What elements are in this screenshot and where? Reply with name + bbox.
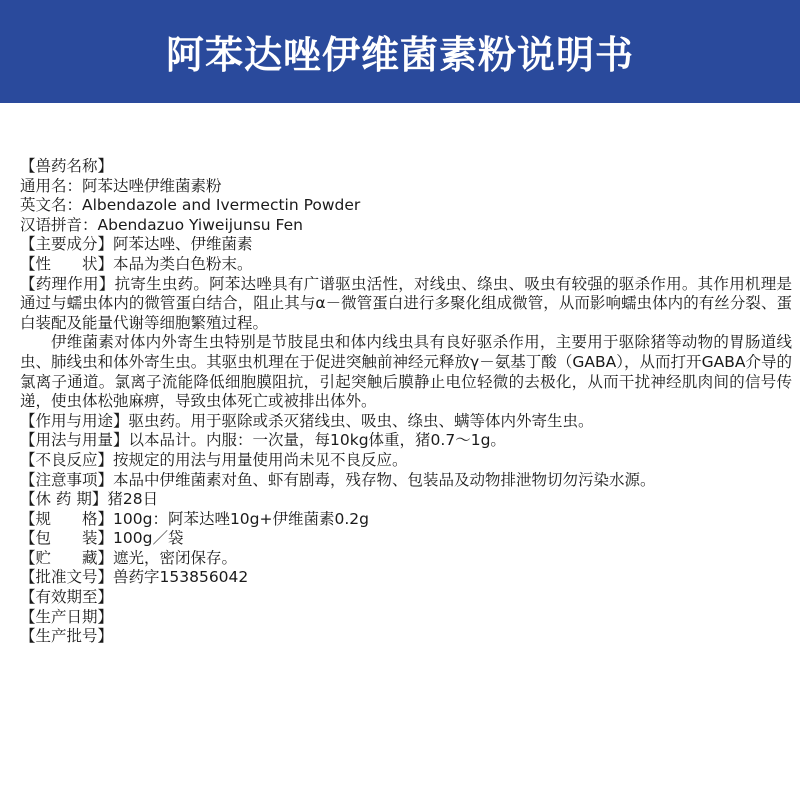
expiry-label: 【有效期至】 (20, 588, 792, 608)
precautions-label: 【注意事项】 (20, 471, 113, 491)
pharmacology-text-2: 伊维菌素对体内外寄生虫特别是节肢昆虫和体内线虫具有良好驱杀作用，主要用于驱除猪等… (20, 333, 792, 411)
withdrawal-value: 猪28日 (107, 490, 158, 508)
indications-row: 【作用与用途】驱虫药。用于驱除或杀灭猪线虫、吸虫、绦虫、螨等体内外寄生虫。 (20, 412, 792, 432)
precautions-value: 本品中伊维菌素对鱼、虾有剧毒，残存物、包装品及动物排泄物切勿污染水源。 (113, 471, 656, 489)
spec-value: 100g：阿苯达唑10g+伊维菌素0.2g (113, 510, 369, 528)
withdrawal-label: 【休 药 期】 (20, 490, 107, 510)
storage-row: 【贮 藏】遮光，密闭保存。 (20, 549, 792, 569)
approval-label: 【批准文号】 (20, 568, 113, 588)
spec-row: 【规 格】100g：阿苯达唑10g+伊维菌素0.2g (20, 510, 792, 530)
pharmacology-label: 【药理作用】 (20, 275, 115, 293)
pinyin-name: 汉语拼音：Abendazuo Yiweijunsu Fen (20, 216, 792, 236)
dosage-row: 【用法与用量】以本品计。内服：一次量，每10kg体重，猪0.7～1g。 (20, 431, 792, 451)
title-banner: 阿苯达唑伊维菌素粉说明书 (0, 0, 800, 103)
instructions-body: 【兽药名称】 通用名：阿苯达唑伊维菌素粉 英文名：Albendazole and… (20, 157, 792, 647)
storage-label: 【贮 藏】 (20, 549, 113, 569)
page-title: 阿苯达唑伊维菌素粉说明书 (166, 24, 634, 79)
package-row: 【包 装】100g／袋 (20, 529, 792, 549)
approval-value: 兽药字153856042 (113, 568, 248, 586)
indications-value: 驱虫药。用于驱除或杀灭猪线虫、吸虫、绦虫、螨等体内外寄生虫。 (129, 412, 594, 430)
english-name: 英文名：Albendazole and Ivermectin Powder (20, 196, 792, 216)
adverse-row: 【不良反应】按规定的用法与用量使用尚未见不良反应。 (20, 451, 792, 471)
storage-value: 遮光，密闭保存。 (113, 549, 237, 567)
pharmacology-row: 【药理作用】抗寄生虫药。阿苯达唑具有广谱驱虫活性，对线虫、绦虫、吸虫有较强的驱杀… (20, 275, 792, 334)
ingredients-value: 阿苯达唑、伊维菌素 (113, 235, 253, 253)
approval-row: 【批准文号】兽药字153856042 (20, 568, 792, 588)
generic-name: 通用名：阿苯达唑伊维菌素粉 (20, 177, 792, 197)
dosage-label: 【用法与用量】 (20, 431, 129, 451)
dosage-value: 以本品计。内服：一次量，每10kg体重，猪0.7～1g。 (129, 431, 506, 449)
batch-number-label: 【生产批号】 (20, 627, 792, 647)
withdrawal-row: 【休 药 期】猪28日 (20, 490, 792, 510)
indications-label: 【作用与用途】 (20, 412, 129, 432)
package-label: 【包 装】 (20, 529, 113, 549)
ingredients-label: 【主要成分】 (20, 235, 113, 255)
adverse-label: 【不良反应】 (20, 451, 113, 471)
adverse-value: 按规定的用法与用量使用尚未见不良反应。 (113, 451, 408, 469)
pharmacology-text-1: 抗寄生虫药。阿苯达唑具有广谱驱虫活性，对线虫、绦虫、吸虫有较强的驱杀作用。其作用… (20, 275, 792, 332)
package-value: 100g／袋 (113, 529, 183, 547)
appearance-row: 【性 状】本品为类白色粉末。 (20, 255, 792, 275)
precautions-row: 【注意事项】本品中伊维菌素对鱼、虾有剧毒，残存物、包装品及动物排泄物切勿污染水源… (20, 471, 792, 491)
spec-label: 【规 格】 (20, 510, 113, 530)
appearance-label: 【性 状】 (20, 255, 113, 275)
ingredients-row: 【主要成分】阿苯达唑、伊维菌素 (20, 235, 792, 255)
vet-drug-name-heading: 【兽药名称】 (20, 157, 792, 177)
appearance-value: 本品为类白色粉末。 (113, 255, 253, 273)
production-date-label: 【生产日期】 (20, 608, 792, 628)
